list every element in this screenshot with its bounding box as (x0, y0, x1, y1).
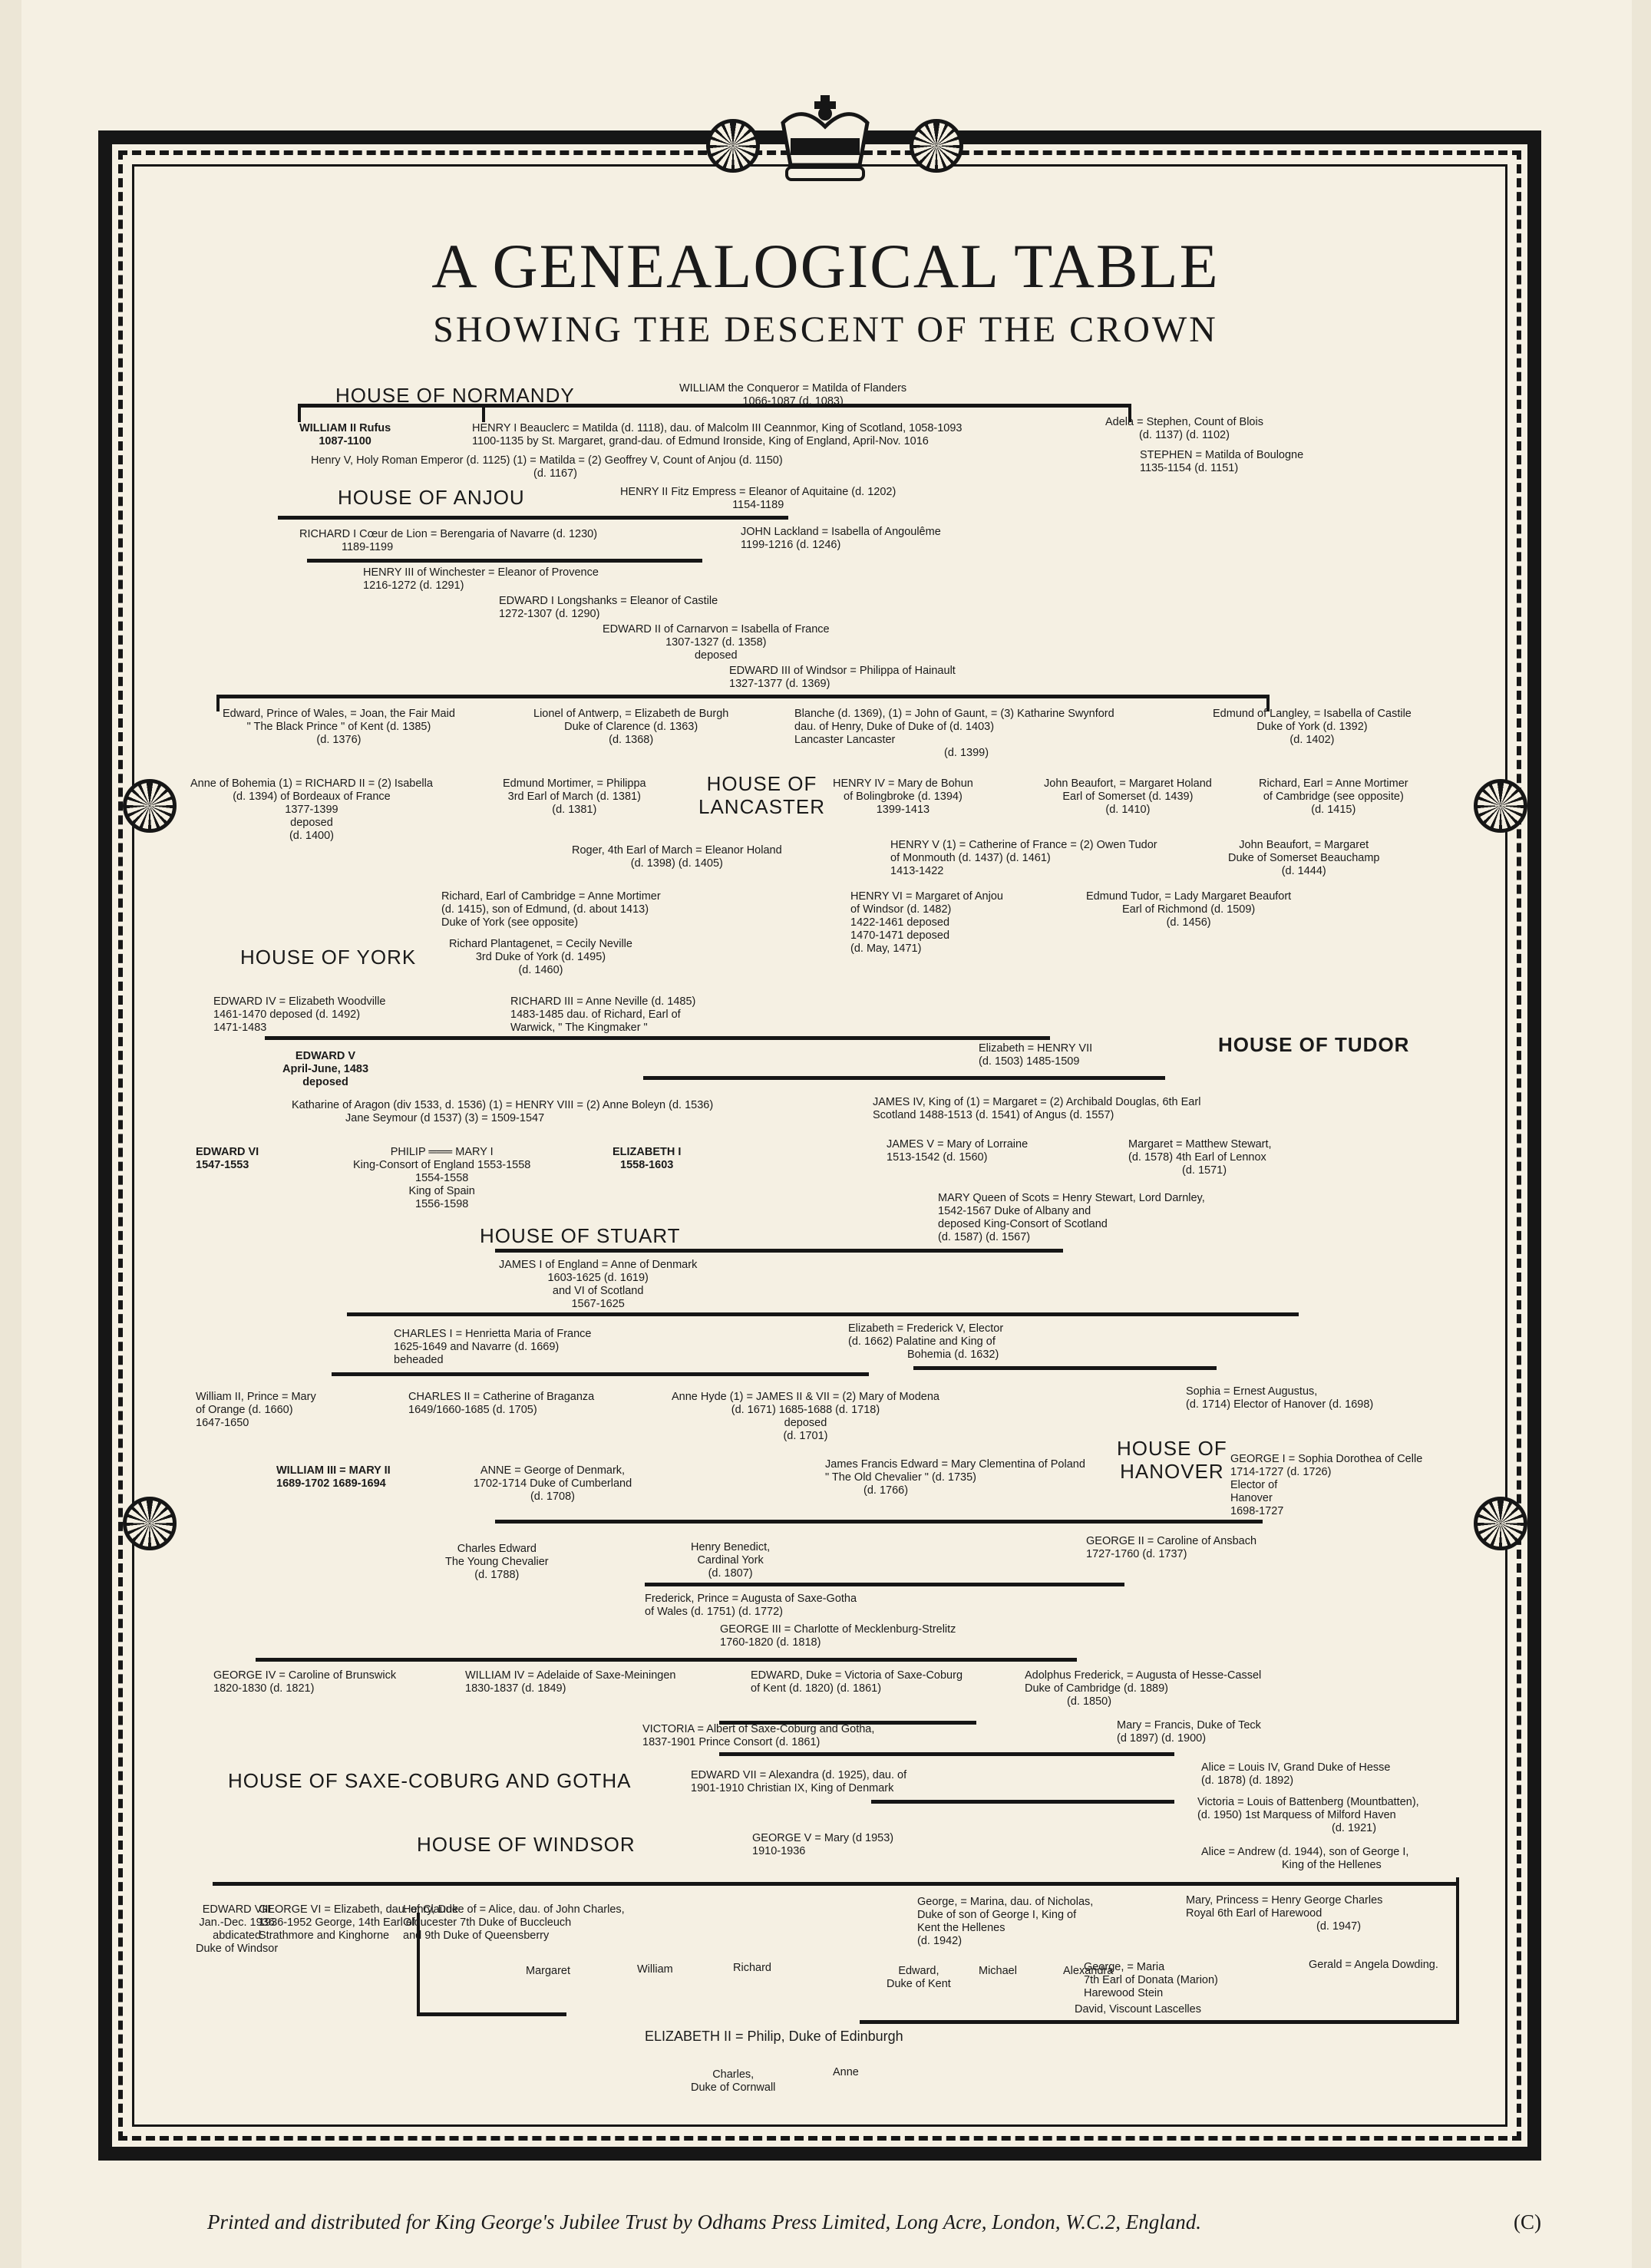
person-david-viscount-lascelles: David, Viscount Lascelles (1075, 2003, 1201, 2016)
person-edward-vi: EDWARD VI1547-1553 (196, 1146, 259, 1172)
person-roger-mortimer: Roger, 4th Earl of March = Eleanor Holan… (572, 844, 782, 870)
connector-line (278, 516, 788, 520)
person-edward-duke-of-kent: EDWARD, Duke = Victoria of Saxe-Coburgof… (751, 1669, 963, 1695)
connector-line (643, 1076, 1165, 1080)
person-edward-vii: EDWARD VII = Alexandra (d. 1925), dau. o… (691, 1769, 906, 1795)
connector-line (256, 1658, 1077, 1662)
connector-line (482, 404, 485, 422)
person-mary-i: PHILIP ═══ MARY IKing-Consort of England… (353, 1146, 530, 1211)
house-hanover-label: HOUSE OFHANOVER (1117, 1437, 1227, 1483)
person-duke-of-kent: George, = Marina, dau. of Nicholas,Duke … (917, 1896, 1093, 1948)
person-henry-ii: HENRY II Fitz Empress = Eleanor of Aquit… (620, 486, 896, 512)
person-elizabeth-of-bohemia: Elizabeth = Frederick V, Elector(d. 1662… (848, 1322, 1003, 1362)
person-mary-of-teck: Mary = Francis, Duke of Teck(d 1897) (d.… (1117, 1719, 1261, 1745)
person-prince-william-of-gloucester: William (637, 1963, 673, 1976)
connector-line (298, 404, 301, 422)
person-henry-iv: HENRY IV = Mary de Bohunof Bolingbroke (… (833, 777, 973, 817)
person-charles-ii: CHARLES II = Catherine of Braganza1649/1… (408, 1391, 594, 1417)
person-adolphus-frederick: Adolphus Frederick, = Augusta of Hesse-C… (1025, 1669, 1261, 1708)
connector-line (719, 1752, 1174, 1756)
person-edward-ii: EDWARD II of Carnarvon = Isabella of Fra… (603, 623, 830, 662)
connector-line (265, 1036, 1050, 1040)
house-anjou-label: HOUSE OF ANJOU (338, 486, 525, 510)
person-george-i: GEORGE I = Sophia Dorothea of Celle1714-… (1230, 1453, 1422, 1518)
person-john-beaufort-earl: John Beaufort, = Margaret HolandEarl of … (1044, 777, 1212, 817)
person-john: JOHN Lackland = Isabella of Angoulême119… (741, 526, 941, 552)
person-anne: ANNE = George of Denmark,1702-1714 Duke … (349, 1464, 756, 1504)
person-duke-of-gloucester: Henry, Duke of = Alice, dau. of John Cha… (403, 1903, 625, 1943)
person-edward-duke-of-kent-junior: Edward,Duke of Kent (887, 1965, 951, 1991)
person-henry-vi: HENRY VI = Margaret of Anjouof Windsor (… (850, 890, 1003, 956)
person-james-ii: Anne Hyde (1) = JAMES II & VII = (2) Mar… (672, 1391, 939, 1443)
person-william-ii: WILLIAM II Rufus1087-1100 (299, 422, 391, 448)
person-george-v: GEORGE V = Mary (d 1953)1910-1936 (752, 1832, 893, 1858)
page-subtitle: SHOWING THE DESCENT OF THE CROWN (0, 309, 1651, 351)
person-stephen: STEPHEN = Matilda of Boulogne1135-1154 (… (1140, 449, 1303, 475)
person-richard-earl-of-cambridge-left: Richard, Earl of Cambridge = Anne Mortim… (441, 890, 661, 929)
person-richard-earl-of-cambridge-right: Richard, Earl = Anne Mortimerof Cambridg… (1259, 777, 1408, 817)
person-elizabeth-i: ELIZABETH I1558-1603 (613, 1146, 681, 1172)
person-william-ii-of-orange: William II, Prince = Maryof Orange (d. 1… (196, 1391, 316, 1430)
rose-ornament-icon (706, 119, 760, 173)
person-black-prince: Edward, Prince of Wales, = Joan, the Fai… (223, 708, 455, 747)
person-alice-of-hesse: Alice = Louis IV, Grand Duke of Hesse(d.… (1201, 1761, 1391, 1788)
person-henry-viii: Katharine of Aragon (div 1533, d. 1536) … (292, 1099, 713, 1125)
connector-line (860, 2020, 1459, 2024)
person-charles-i: CHARLES I = Henrietta Maria of France162… (394, 1328, 591, 1367)
person-edward-iv: EDWARD IV = Elizabeth Woodville1461-1470… (213, 995, 385, 1035)
person-young-chevalier: Charles EdwardThe Young Chevalier(d. 178… (445, 1543, 549, 1582)
person-lionel: Lionel of Antwerp, = Elizabeth de BurghD… (533, 708, 728, 747)
person-william-the-conqueror: WILLIAM the Conqueror = Matilda of Fland… (679, 382, 906, 408)
rose-ornament-icon (910, 119, 963, 173)
person-prince-richard-of-gloucester: Richard (733, 1962, 771, 1975)
wheel-ornament-icon (123, 1497, 177, 1550)
person-princess-royal: Mary, Princess = Henry George CharlesRoy… (1186, 1894, 1382, 1933)
person-george-ii: GEORGE II = Caroline of Ansbach1727-1760… (1086, 1535, 1256, 1561)
person-henry-vii: Elizabeth = HENRY VII(d. 1503) 1485-1509 (979, 1042, 1092, 1068)
person-edmund-tudor: Edmund Tudor, = Lady Margaret BeaufortEa… (1086, 890, 1291, 929)
connector-line (213, 1882, 1456, 1886)
publisher-credit: Printed and distributed for King George'… (207, 2210, 1201, 2234)
connector-line (417, 2012, 566, 2016)
person-victoria: VICTORIA = Albert of Saxe-Coburg and Got… (642, 1723, 874, 1749)
person-james-v: JAMES V = Mary of Lorraine1513-1542 (d. … (887, 1138, 1028, 1164)
person-william-iv: WILLIAM IV = Adelaide of Saxe-Meiningen1… (465, 1669, 675, 1695)
person-adela: Adela = Stephen, Count of Blois(d. 1137)… (1105, 416, 1263, 442)
person-harewood-7th-earl: George, = Maria7th Earl of Donata (Mario… (1084, 1961, 1218, 2000)
person-henry-iii: HENRY III of Winchester = Eleanor of Pro… (363, 566, 599, 593)
house-windsor-label: HOUSE OF WINDSOR (417, 1833, 636, 1857)
person-elizabeth-ii: ELIZABETH II = Philip, Duke of Edinburgh (645, 2030, 903, 2043)
connector-line (871, 1800, 1174, 1804)
person-edward-i: EDWARD I Longshanks = Eleanor of Castile… (499, 595, 718, 621)
person-prince-michael: Michael (979, 1965, 1017, 1978)
crown-icon (756, 92, 894, 184)
person-sophia: Sophia = Ernest Augustus,(d. 1714) Elect… (1186, 1385, 1373, 1411)
house-stuart-label: HOUSE OF STUART (480, 1224, 681, 1248)
person-edmund-mortimer: Edmund Mortimer, = Philippa3rd Earl of M… (503, 777, 646, 817)
person-mary-queen-of-scots: MARY Queen of Scots = Henry Stewart, Lor… (938, 1192, 1205, 1244)
person-richard-i: RICHARD I Cœur de Lion = Berengaria of N… (299, 528, 597, 554)
person-alice-and-andrew: Alice = Andrew (d. 1944), son of George … (1201, 1846, 1408, 1872)
house-lancaster-label: HOUSE OFLANCASTER (698, 772, 825, 818)
person-john-of-gaunt: Blanche (d. 1369), (1) = John of Gaunt, … (794, 708, 1114, 760)
person-princess-margaret: Margaret (526, 1965, 570, 1978)
person-frederick-prince-of-wales: Frederick, Prince = Augusta of Saxe-Goth… (645, 1593, 857, 1619)
person-james-iv: JAMES IV, King of (1) = Margaret = (2) A… (873, 1096, 1200, 1122)
person-richard-iii: RICHARD III = Anne Neville (d. 1485)1483… (510, 995, 695, 1035)
person-prince-charles: Charles,Duke of Cornwall (691, 2068, 775, 2095)
connector-line (913, 1366, 1217, 1370)
connector-line (216, 695, 220, 711)
person-old-chevalier: James Francis Edward = Mary Clementina o… (825, 1458, 1085, 1497)
person-edward-v: EDWARD VApril-June, 1483deposed (282, 1050, 368, 1089)
person-edward-iii: EDWARD III of Windsor = Philippa of Hain… (729, 665, 956, 691)
connector-line (1456, 1877, 1459, 2023)
person-john-beaufort-duke: John Beaufort, = MargaretDuke of Somerse… (1228, 839, 1379, 878)
connector-line (307, 559, 702, 563)
house-york-label: HOUSE OF YORK (240, 946, 416, 969)
house-saxe-coburg-label: HOUSE OF SAXE-COBURG AND GOTHA (228, 1769, 632, 1793)
person-george-iv: GEORGE IV = Caroline of Brunswick1820-18… (213, 1669, 396, 1695)
person-victoria-of-battenberg: Victoria = Louis of Battenberg (Mountbat… (1197, 1796, 1419, 1835)
person-edmund-of-langley: Edmund of Langley, = Isabella of Castile… (1213, 708, 1412, 747)
connector-line (495, 1520, 1263, 1524)
wheel-ornament-icon (1474, 779, 1527, 833)
person-george-iii: GEORGE III = Charlotte of Mecklenburg-St… (720, 1623, 956, 1649)
connector-line (495, 1249, 1063, 1253)
wheel-ornament-icon (1474, 1497, 1527, 1550)
connector-line (216, 695, 1268, 698)
person-richard-plantagenet: Richard Plantagenet, = Cecily Neville3rd… (449, 938, 632, 977)
person-henry-v: HENRY V (1) = Catherine of France = (2) … (890, 839, 1157, 878)
house-tudor-label: HOUSE OF TUDOR (1218, 1033, 1409, 1057)
page-title: A GENEALOGICAL TABLE (0, 230, 1651, 302)
connector-line (645, 1583, 1124, 1586)
wheel-ornament-icon (123, 779, 177, 833)
person-gerald-lascelles: Gerald = Angela Dowding. (1309, 1959, 1438, 1972)
person-henry-benedict: Henry Benedict,Cardinal York(d. 1807) (691, 1541, 770, 1580)
person-henry-i: HENRY I Beauclerc = Matilda (d. 1118), d… (472, 422, 962, 448)
person-richard-ii: Anne of Bohemia (1) = RICHARD II = (2) I… (190, 777, 433, 843)
person-princess-anne: Anne (833, 2066, 859, 2079)
connector-line (347, 1312, 1299, 1316)
person-margaret-douglas: Margaret = Matthew Stewart,(d. 1578) 4th… (1128, 1138, 1272, 1177)
person-james-i: JAMES I of England = Anne of Denmark1603… (499, 1259, 697, 1311)
person-empress-matilda: Henry V, Holy Roman Emperor (d. 1125) (1… (311, 454, 783, 480)
copyright-mark: (C) (1514, 2210, 1541, 2234)
connector-line (332, 1372, 869, 1376)
